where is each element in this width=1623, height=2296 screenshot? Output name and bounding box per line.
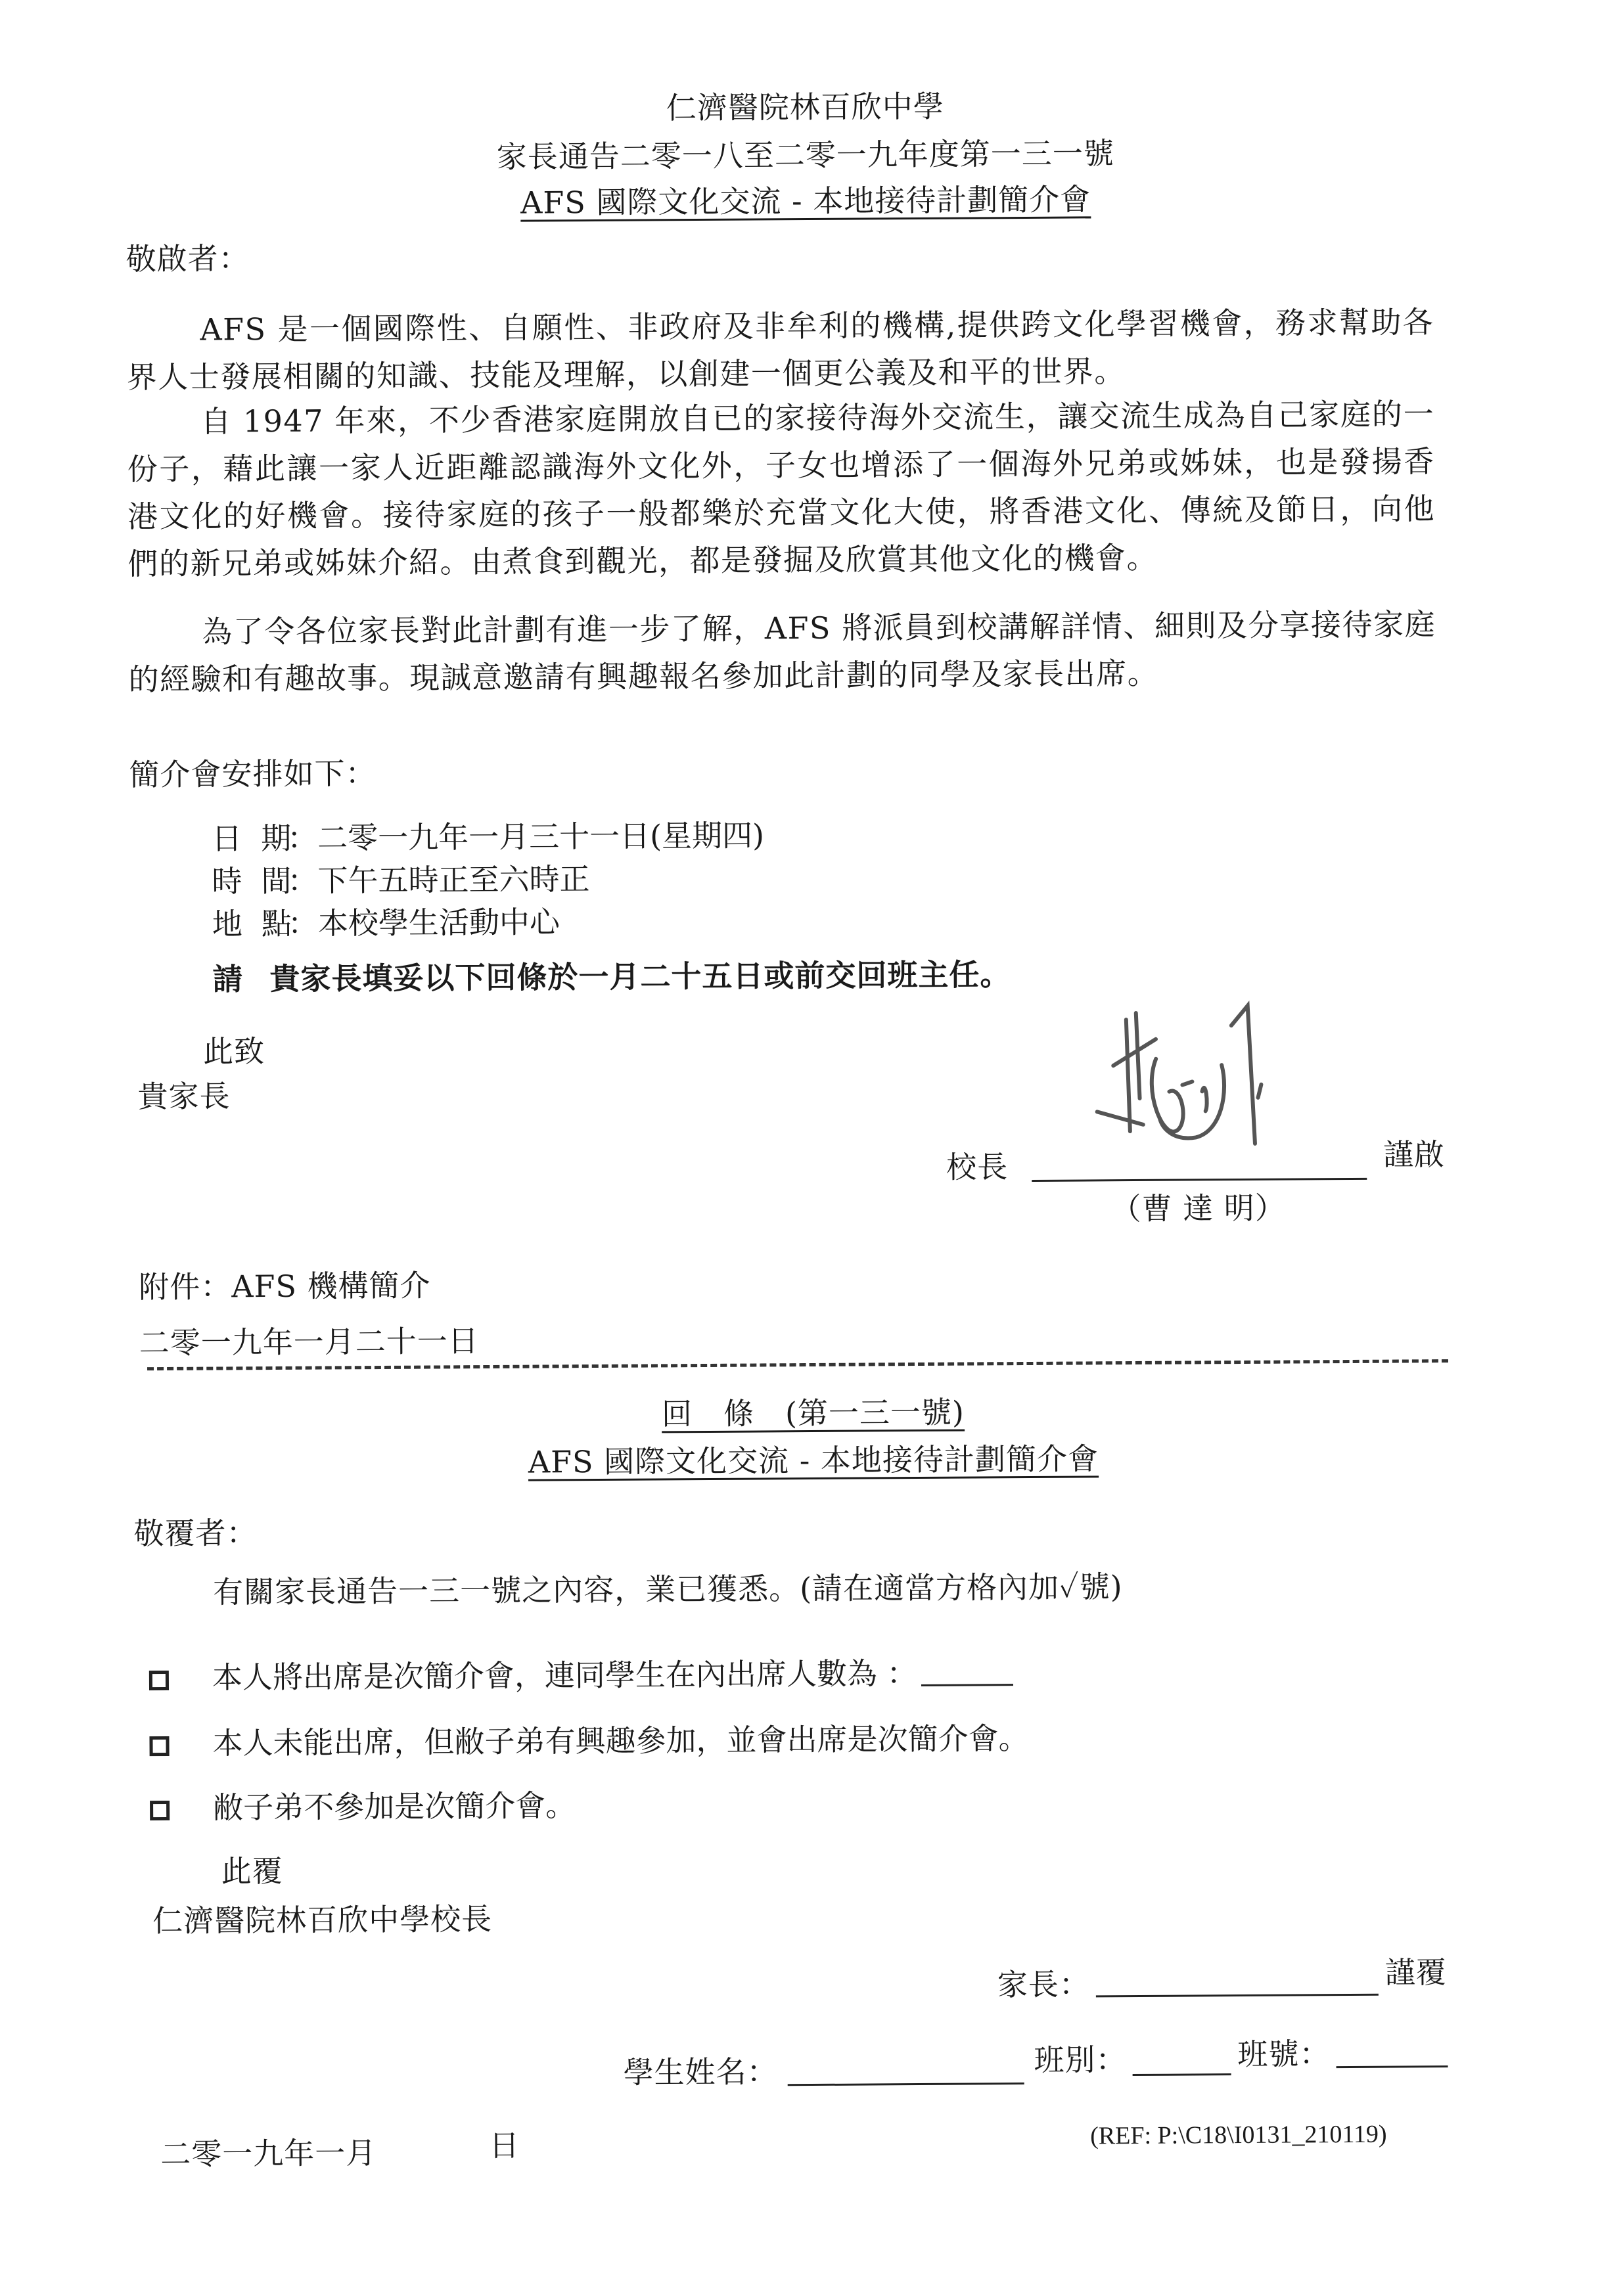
reply-slip-subtitle-wrap: AFS 國際文化交流 - 本地接待計劃簡介會 bbox=[2, 1440, 1623, 1480]
paragraph-1-text: AFS 是一個國際性、自願性、非政府及非牟利的機構,提供跨文化學習機會，務求幫助… bbox=[127, 304, 1434, 395]
letter-date: 二零一九年一月二十一日 bbox=[139, 1326, 479, 1358]
option-child-only-label: 本人未能出席，但敝子弟有興趣參加，並會出席是次簡介會。 bbox=[212, 1721, 1028, 1761]
reply-slip-title: 回 條 (第一三一號) bbox=[662, 1395, 965, 1432]
schedule-value: ：本校學生活動中心 bbox=[288, 904, 560, 941]
reference-code: (REF: P:\C18\I0131_210119) bbox=[1090, 2120, 1387, 2151]
schedule-value: ：下午五時正至六時正 bbox=[287, 861, 589, 899]
class-label: 班別： bbox=[1034, 2044, 1126, 2075]
reply-closing-2: 仁濟醫院林百欣中學校長 bbox=[152, 1904, 492, 1936]
salutation: 敬啟者： bbox=[126, 243, 250, 274]
return-request: 請貴家長填妥以下回條於一月二十五日或前交回班主任。 bbox=[212, 959, 1011, 994]
request-text: 貴家長填妥以下回條於一月二十五日或前交回班主任。 bbox=[269, 957, 1011, 997]
principal-signature-line bbox=[1032, 1178, 1367, 1182]
reply-slip-title-wrap: 回 條 (第一三一號) bbox=[1, 1393, 1623, 1433]
principal-label: 校長 bbox=[946, 1152, 1008, 1182]
attachment: 附件：AFS 機構簡介 bbox=[139, 1271, 431, 1303]
schedule-key: 間 bbox=[261, 857, 287, 901]
principal-name: （曹 達 明） bbox=[1110, 1193, 1286, 1225]
student-name-label: 學生姓名： bbox=[623, 2056, 777, 2087]
paragraph-2-text: 自 1947 年來，不少香港家庭開放自已的家接待海外交流生，讓交流生成為自己家庭… bbox=[127, 396, 1436, 581]
schedule-time-row: 時間：下午五時正至六時正 bbox=[212, 855, 589, 901]
paragraph-3-text: 為了令各位家長對此計劃有進一步了解，AFS 將派員到校講解詳情、細則及分享接待家… bbox=[128, 606, 1436, 697]
option-attend-label: 本人將出席是次簡介會，連同學生在內出席人數為 ： bbox=[212, 1655, 917, 1696]
parent-signature-field[interactable] bbox=[1096, 1994, 1379, 1998]
reply-closing-1: 此覆 bbox=[221, 1856, 283, 1887]
parent-label: 家長： bbox=[997, 1969, 1090, 2000]
schedule-key: 點 bbox=[262, 900, 288, 943]
schedule-heading: 簡介會安排如下： bbox=[129, 758, 376, 790]
schedule-key: 地 bbox=[212, 900, 262, 943]
parent-respectfully: 謹覆 bbox=[1385, 1957, 1447, 1988]
cut-line bbox=[147, 1359, 1448, 1370]
closing-1: 此致 bbox=[203, 1036, 265, 1067]
checkbox-child-only[interactable] bbox=[149, 1736, 169, 1756]
schedule-venue-row: 地點：本校學生活動中心 bbox=[212, 898, 560, 943]
principal-signature bbox=[0, 0, 1616, 5]
notice-title: AFS 國際文化交流 - 本地接待計劃簡介會 bbox=[520, 181, 1091, 220]
checkbox-attend[interactable] bbox=[149, 1671, 169, 1690]
schedule-key: 期 bbox=[261, 815, 287, 858]
schedule-value: ：二零一九年一月三十一日(星期四) bbox=[287, 817, 764, 855]
paragraph-3: 為了令各位家長對此計劃有進一步了解，AFS 將派員到校講解詳情、細則及分享接待家… bbox=[128, 600, 1436, 703]
schedule-key: 日 bbox=[212, 815, 261, 858]
signature-icon bbox=[1084, 999, 1301, 1158]
notice-title-wrap: AFS 國際文化交流 - 本地接待計劃簡介會 bbox=[0, 181, 1617, 221]
option-not-attend-label: 敝子弟不參加是次簡介會。 bbox=[213, 1788, 576, 1825]
reply-slip-subtitle: AFS 國際文化交流 - 本地接待計劃簡介會 bbox=[528, 1441, 1099, 1479]
class-no-label: 班號： bbox=[1237, 2038, 1330, 2069]
paragraph-1: AFS 是一個國際性、自願性、非政府及非牟利的機構,提供跨文化學習機會，務求幫助… bbox=[126, 298, 1434, 401]
student-name-field[interactable] bbox=[788, 2082, 1024, 2086]
closing-2: 貴家長 bbox=[137, 1081, 230, 1112]
attendee-count-field[interactable] bbox=[921, 1684, 1013, 1686]
paragraph-2: 自 1947 年來，不少香港家庭開放自已的家接待海外交流生，讓交流生成為自己家庭… bbox=[127, 390, 1436, 587]
notice-number: 家長通告二零一八至二零一九年度第一三一號 bbox=[0, 135, 1617, 175]
school-name: 仁濟醫院林百欣中學 bbox=[0, 87, 1616, 127]
reply-salutation: 敬覆者： bbox=[133, 1518, 257, 1548]
acknowledgement: 有關家長通告一三一號之內容，業已獲悉。(請在適當方格內加✓號) bbox=[213, 1571, 1123, 1607]
request-prefix: 請 bbox=[212, 961, 243, 997]
class-no-field[interactable] bbox=[1337, 2065, 1448, 2068]
class-field[interactable] bbox=[1133, 2073, 1231, 2076]
option-child-only[interactable]: 本人未能出席，但敝子弟有興趣參加，並會出席是次簡介會。 bbox=[149, 1715, 1028, 1763]
reply-day-suffix: 日 bbox=[489, 2130, 520, 2161]
option-not-attend[interactable]: 敝子弟不參加是次簡介會。 bbox=[150, 1782, 576, 1828]
checkbox-not-attend[interactable] bbox=[150, 1801, 170, 1820]
schedule-key: 時 bbox=[212, 857, 261, 901]
respectfully: 謹啟 bbox=[1383, 1139, 1445, 1170]
schedule-date-row: 日期：二零一九年一月三十一日(星期四) bbox=[212, 811, 764, 858]
reply-date: 二零一九年一月 bbox=[160, 2138, 377, 2169]
option-attend[interactable]: 本人將出席是次簡介會，連同學生在內出席人數為 ： bbox=[149, 1649, 1013, 1698]
notice-page: 仁濟醫院林百欣中學 家長通告二零一八至二零一九年度第一三一號 AFS 國際文化交… bbox=[0, 0, 1623, 2296]
